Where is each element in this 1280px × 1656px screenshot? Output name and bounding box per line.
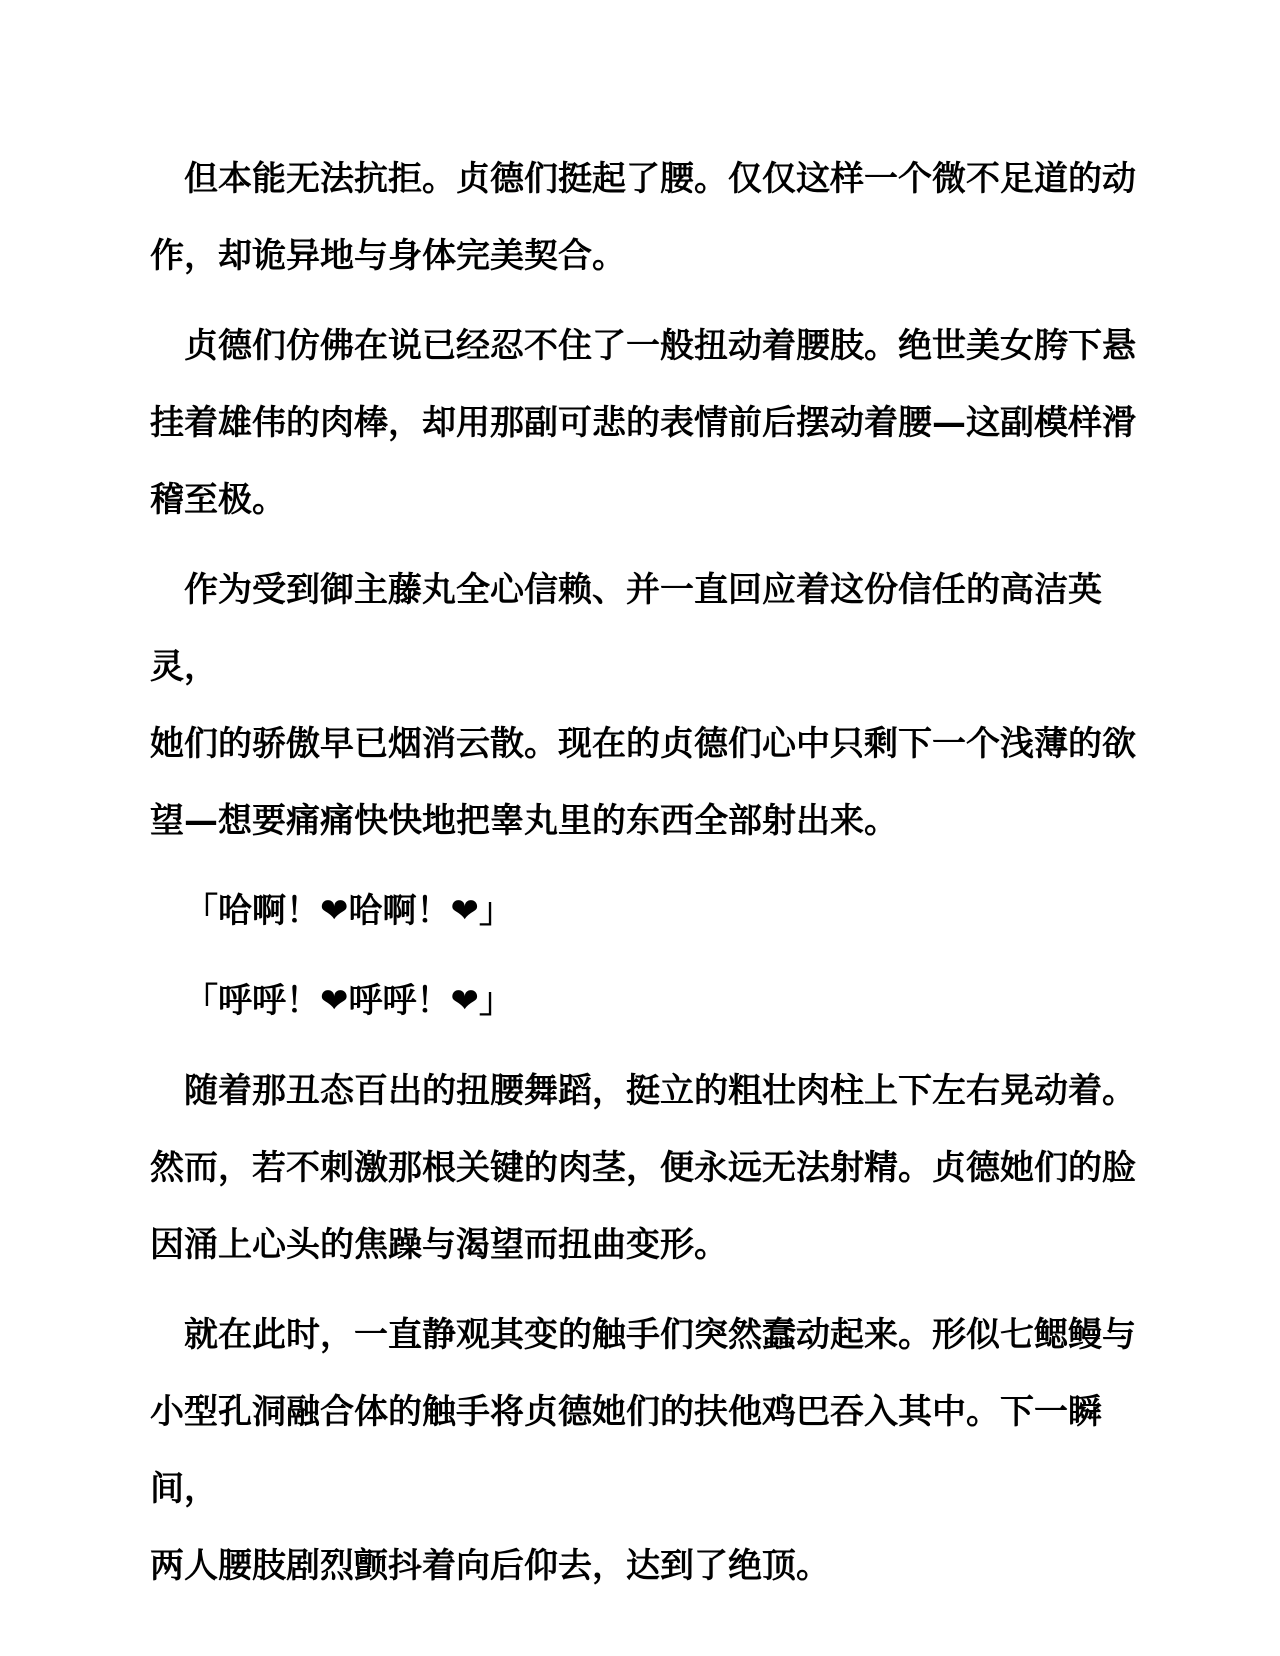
paragraph-dialogue: 「呼呼！❤︎呼呼！❤︎」 xyxy=(150,963,1152,1040)
paragraph-narration: 随着那丑态百出的扭腰舞蹈，挺立的粗壮肉柱上下左右晃动着。然而，若不刺激那根关键的… xyxy=(150,1053,1152,1284)
document-page: 但本能无法抗拒。贞德们挺起了腰。仅仅这样一个微不足道的动作，却诡异地与身体完美契… xyxy=(0,0,1280,1656)
paragraph-dialogue: 「哈啊！❤︎哈啊！❤︎」 xyxy=(150,873,1152,950)
paragraph-narration: 贞德们仿佛在说已经忍不住了一般扭动着腰肢。绝世美女胯下悬挂着雄伟的肉棒，却用那副… xyxy=(150,308,1152,539)
paragraph-narration: 但本能无法抗拒。贞德们挺起了腰。仅仅这样一个微不足道的动作，却诡异地与身体完美契… xyxy=(150,141,1152,295)
document-body: 但本能无法抗拒。贞德们挺起了腰。仅仅这样一个微不足道的动作，却诡异地与身体完美契… xyxy=(150,141,1152,1605)
paragraph-narration: 就在此时，一直静观其变的触手们突然蠢动起来。形似七鳃鳗与小型孔洞融合体的触手将贞… xyxy=(150,1297,1152,1605)
paragraph-narration: 作为受到御主藤丸全心信赖、并一直回应着这份信任的高洁英灵，她们的骄傲早已烟消云散… xyxy=(150,552,1152,860)
